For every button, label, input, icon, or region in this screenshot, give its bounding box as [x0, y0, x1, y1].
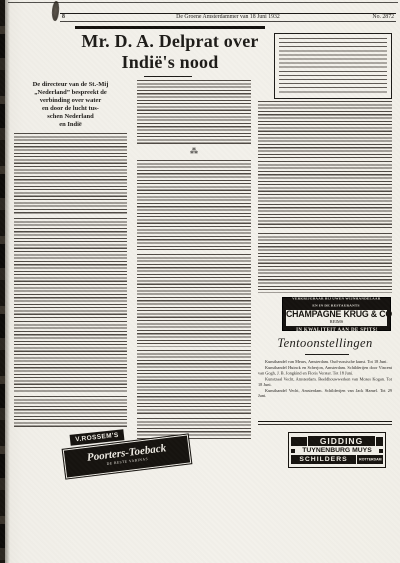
gidding-ad-name: GIDDING — [308, 436, 375, 446]
issue-number: No. 2872 — [372, 14, 394, 20]
body-text-block — [258, 101, 392, 158]
gidding-ad-row3: SCHILDERS ROTTERDAM — [291, 455, 383, 464]
krug-ad-name: CHAMPAGNE KRUG & CO — [286, 310, 387, 319]
intro-line: schen Nederland — [14, 113, 127, 121]
exhibitions-heading: Tentoonstellingen — [258, 336, 392, 350]
body-text-block — [137, 80, 251, 146]
intro-line: De directeur van de St.-Mij — [14, 81, 127, 89]
krug-ad-slogan: IN KWALITEIT AAN DE SPITS! — [296, 327, 378, 332]
krug-ad-line2: EN IN DE RESTAURANTS — [313, 303, 360, 307]
exhibition-item: Kunsthandel Huinck en Scherjon, Amsterda… — [258, 365, 392, 375]
note-text-block — [279, 38, 387, 94]
scan-smudge — [51, 1, 60, 22]
gidding-ad-trade: SCHILDERS — [291, 455, 356, 464]
body-text-block — [258, 161, 392, 230]
body-text-block — [14, 218, 127, 318]
exhibition-item: Kunsthandel van Meurs, Amsterdam. Oud-ru… — [258, 359, 392, 364]
gidding-ad-block — [291, 437, 307, 446]
gidding-ad-row2: TUYNENBURG MUYS — [291, 447, 383, 454]
article-intro: De directeur van de St.-Mij „Nederland” … — [14, 81, 127, 130]
header-rule-bottom — [60, 21, 396, 22]
body-text-block — [258, 233, 392, 293]
krug-ad-line1: VERKRIJGBAAR BIJ UWEN WIJNHANDELAAR — [292, 296, 380, 300]
body-text-block — [137, 160, 251, 251]
exhibitions-heading-rule — [305, 354, 349, 355]
gidding-ad-square — [379, 449, 383, 453]
body-text-block — [14, 133, 127, 215]
headline-underline — [144, 76, 192, 77]
intro-line: en door de lucht tus- — [14, 105, 127, 113]
krug-ad-city: REIMS — [309, 320, 365, 323]
asterism-separator: ⁂ — [137, 147, 251, 157]
intro-line: „Nederland” bespreekt de — [14, 89, 127, 97]
scan-top-line — [8, 2, 398, 3]
gidding-ad-block — [376, 437, 383, 446]
body-text-block — [137, 350, 251, 415]
scan-edge-shadow — [5, 0, 10, 563]
newspaper-page: 8 De Groene Amsterdammer van 18 Juni 193… — [0, 0, 400, 563]
gidding-ad-row1: GIDDING — [291, 436, 383, 446]
headline-line1: Mr. D. A. Delprat over — [60, 32, 280, 51]
body-text-block — [14, 396, 127, 428]
headline-line2: Indië's nood — [60, 53, 280, 72]
gidding-ad-city-label: ROTTERDAM — [359, 458, 381, 462]
newspaper-title: De Groene Amsterdammer van 18 Juni 1932 — [60, 14, 396, 20]
gidding-ad: GIDDING TUYNENBURG MUYS SCHILDERS ROTTER… — [288, 432, 386, 468]
exhibitions-list: Kunsthandel van Meurs, Amsterdam. Oud-ru… — [258, 359, 392, 399]
body-text-block — [14, 321, 127, 393]
exhibition-item: Kunsthandel Vecht, Amsterdam. Schilderij… — [258, 388, 392, 398]
champagne-krug-ad: VERKRIJGBAAR BIJ UWEN WIJNHANDELAAR EN I… — [282, 297, 391, 331]
double-rule-bottom — [258, 424, 392, 425]
gidding-ad-partners: TUYNENBURG MUYS — [296, 447, 378, 454]
gidding-ad-city: ROTTERDAM — [357, 455, 383, 464]
editorial-note-box — [274, 33, 392, 99]
intro-line: en Indië — [14, 121, 127, 129]
body-text-block — [137, 254, 251, 347]
gidding-ad-square — [291, 449, 295, 453]
double-rule-top — [258, 421, 392, 423]
krug-ad-name-strip: CHAMPAGNE KRUG & CO REIMS — [286, 310, 387, 326]
exhibition-item: Kunstzaal Vecht, Amsterdam. Beeldhouwwer… — [258, 377, 392, 387]
headline-rule — [75, 26, 265, 29]
rossem-tobacco-ad: V.ROSSEM'S Poorters-Toeback DE BESTE VAR… — [64, 429, 190, 477]
intro-line: verbinding over water — [14, 97, 127, 105]
